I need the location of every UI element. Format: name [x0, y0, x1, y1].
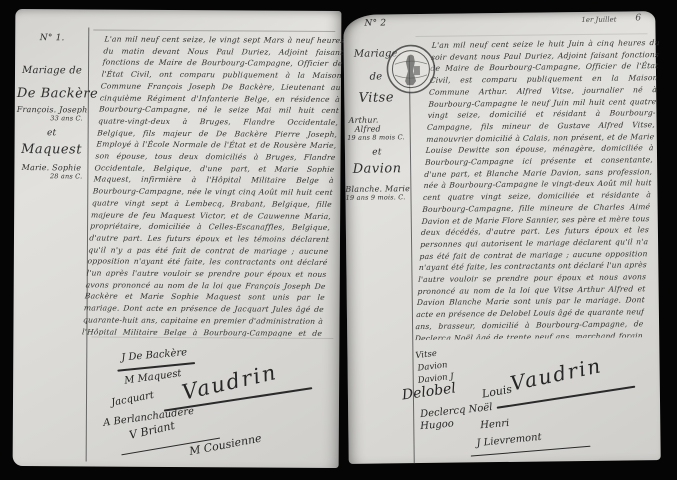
bride-surname: Maquest — [16, 142, 86, 157]
signature-official: Vaudrin — [180, 360, 280, 405]
bride-age: 19 ans 9 mois. C. — [345, 193, 409, 202]
signature-official: Vaudrin — [508, 353, 604, 395]
official-seal-stamp-icon — [386, 44, 437, 95]
signature-flourish — [117, 362, 195, 371]
right-page: 1er Juillet 6 N° 2 Mariage de Vitse Arth… — [343, 11, 660, 464]
act-number: N° 1. — [17, 33, 87, 43]
bride-firstnames: Marie. Sophie — [16, 163, 86, 172]
act-body-text: L'an mil neuf cent seize, le vingt sept … — [82, 34, 345, 337]
bride-age: 28 ans C. — [16, 172, 86, 180]
act-body-text: L'an mil neuf cent seize le huit Juin à … — [415, 37, 660, 340]
groom-age: 19 ans 8 mois C. — [345, 133, 409, 142]
act-title: Mariage de — [17, 65, 87, 76]
conjunction-et: et — [17, 128, 87, 138]
groom-firstnames: François. Joseph — [17, 105, 87, 114]
signature-witness-3: Hugoo — [420, 418, 454, 432]
signature-witness-4: M Cousienne — [188, 432, 262, 458]
groom-surname: De Backère — [17, 86, 87, 101]
corner-date-note: 1er Juillet — [581, 16, 616, 24]
right-head-rule — [416, 33, 648, 37]
left-signature-rule — [91, 336, 333, 338]
left-margin-column: N° 1. Mariage de De Backère François. Jo… — [16, 33, 87, 180]
groom-age: 33 ans C. — [17, 114, 87, 122]
signature-groom: Vitse — [415, 349, 438, 361]
bride-surname: Davion — [345, 161, 409, 177]
act-number: N° 2 — [343, 18, 407, 29]
signature-witness-4: J Lievremont — [476, 432, 542, 449]
left-page: N° 1. Mariage de De Backère François. Jo… — [13, 9, 342, 468]
signature-witness-1: Delobel — [401, 380, 457, 403]
signature-bride: M Maquest — [124, 368, 182, 387]
signature-bride: Davion — [417, 360, 448, 373]
signature-witness-3b: Henri — [480, 418, 510, 431]
folio-number: 6 — [635, 13, 641, 23]
conjunction-et: et — [345, 147, 409, 158]
register-scan: N° 1. Mariage de De Backère François. Jo… — [0, 0, 677, 480]
signature-witness-1: Jacquart — [110, 390, 154, 409]
signature-witness-2: Declercq Noël — [420, 402, 493, 420]
left-head-rule — [93, 29, 335, 31]
signature-groom: J De Backère — [121, 347, 188, 363]
right-margin-rule — [409, 56, 415, 464]
signature-witness-1b: Louis — [481, 383, 513, 401]
